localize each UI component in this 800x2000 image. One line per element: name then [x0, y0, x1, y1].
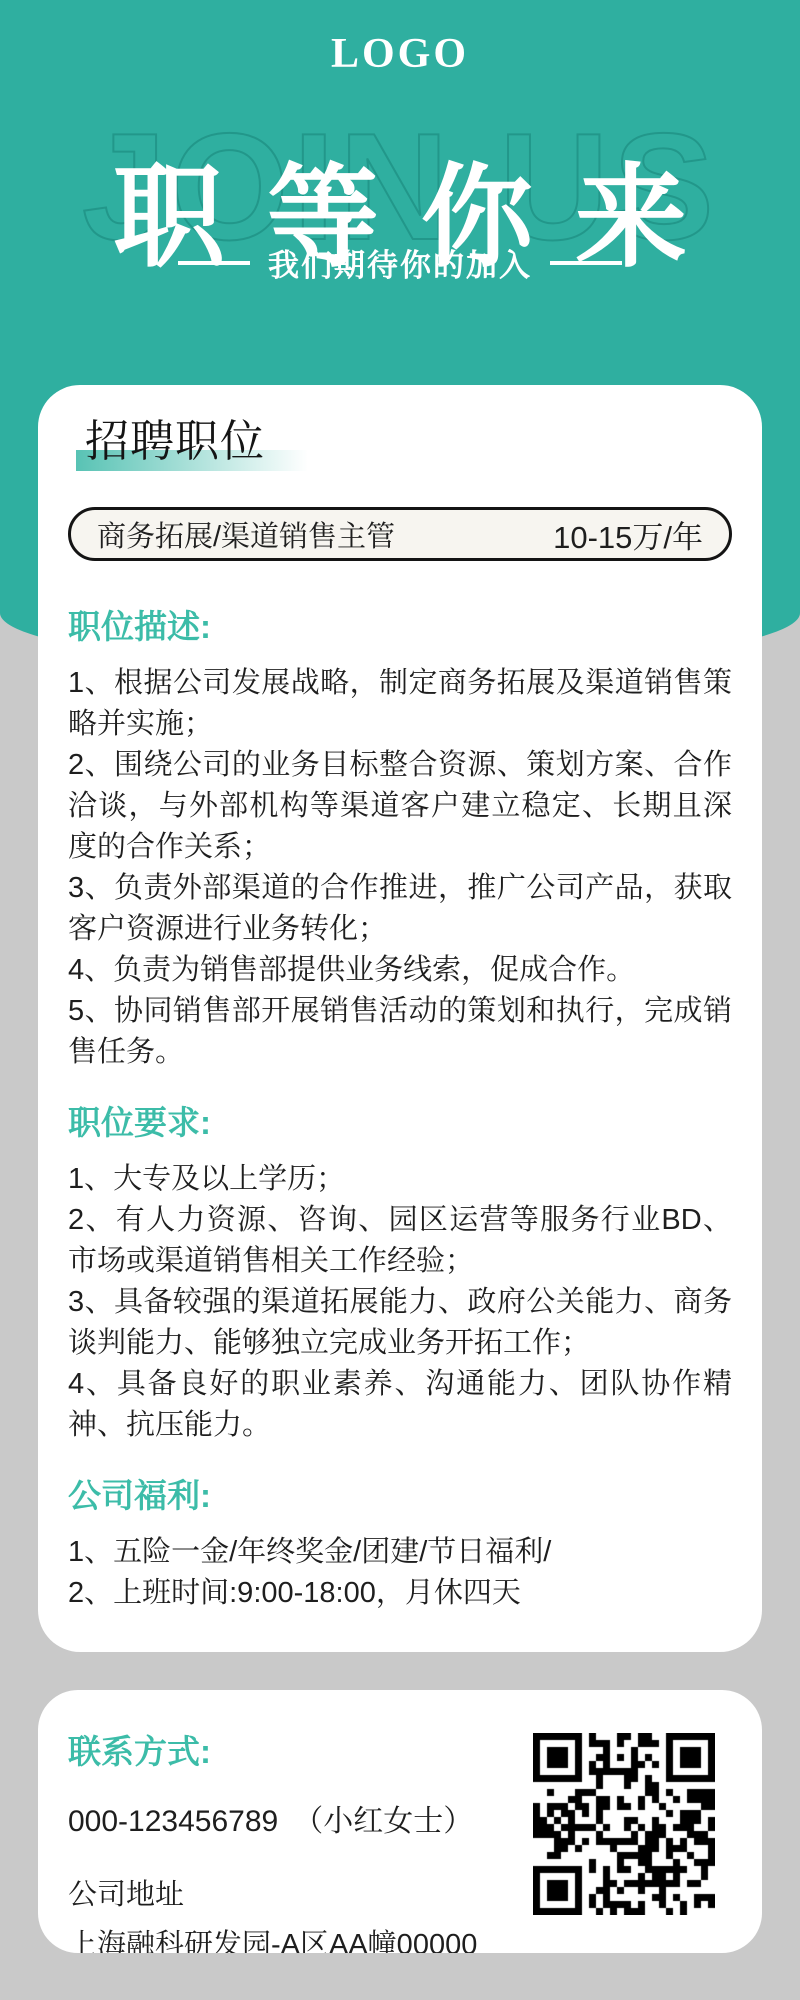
benefit-item: 1、五险一金/年终奖金/团建/节日福利/ [68, 1532, 732, 1573]
requirement-item: 3、具备较强的渠道拓展能力、政府公关能力、商务谈判能力、能够独立完成业务开拓工作… [68, 1282, 732, 1364]
requirement-item: 2、有人力资源、咨询、园区运营等服务行业BD、市场或渠道销售相关工作经验； [68, 1200, 732, 1282]
subtitle-right-line [550, 261, 622, 265]
benefit-item: 2、上班时间:9:00-18:00，月休四天 [68, 1573, 732, 1614]
requirement-item: 1、大专及以上学历； [68, 1159, 732, 1200]
requirements-heading: 职位要求: [68, 1103, 732, 1143]
description-list: 1、根据公司发展战略，制定商务拓展及渠道销售策略并实施； 2、围绕公司的业务目标… [68, 663, 732, 1073]
description-heading: 职位描述: [68, 607, 732, 647]
qr-code-icon [533, 1733, 715, 1915]
jobs-card: 招聘职位 商务拓展/渠道销售主管 10-15万/年 职位描述: 1、根据公司发展… [38, 385, 762, 1652]
description-item: 2、围绕公司的业务目标整合资源、策划方案、合作洽谈，与外部机构等渠道客户建立稳定… [68, 745, 732, 868]
jobs-card-title-wrap: 招聘职位 [85, 417, 265, 467]
company-address-value: 上海融科研发园-A区AA幢00000 [68, 1922, 732, 1953]
company-logo: LOGO [0, 30, 800, 78]
requirement-item: 4、具备良好的职业素养、沟通能力、团队协作精神、抗压能力。 [68, 1364, 732, 1446]
description-item: 5、协同销售部开展销售活动的策划和执行，完成销售任务。 [68, 991, 732, 1073]
job-position-name: 商务拓展/渠道销售主管 [97, 514, 395, 555]
hero-subtitle-row: 我们期待你的加入 [0, 240, 800, 285]
job-position-salary: 10-15万/年 [553, 512, 703, 557]
description-item: 1、根据公司发展战略，制定商务拓展及渠道销售策略并实施； [68, 663, 732, 745]
description-item: 3、负责外部渠道的合作推进，推广公司产品，获取客户资源进行业务转化； [68, 868, 732, 950]
requirements-list: 1、大专及以上学历； 2、有人力资源、咨询、园区运营等服务行业BD、市场或渠道销… [68, 1159, 732, 1446]
description-item: 4、负责为销售部提供业务线索，促成合作。 [68, 950, 732, 991]
jobs-card-title: 招聘职位 [85, 417, 265, 467]
contact-card: 联系方式: 000-123456789 （小红女士） 公司地址 上海融科研发园-… [38, 1690, 762, 1953]
subtitle-left-line [178, 261, 250, 265]
hero-subtitle: 我们期待你的加入 [268, 240, 532, 285]
benefits-heading: 公司福利: [68, 1476, 732, 1516]
job-position-pill: 商务拓展/渠道销售主管 10-15万/年 [68, 507, 732, 561]
benefits-list: 1、五险一金/年终奖金/团建/节日福利/ 2、上班时间:9:00-18:00，月… [68, 1532, 732, 1614]
